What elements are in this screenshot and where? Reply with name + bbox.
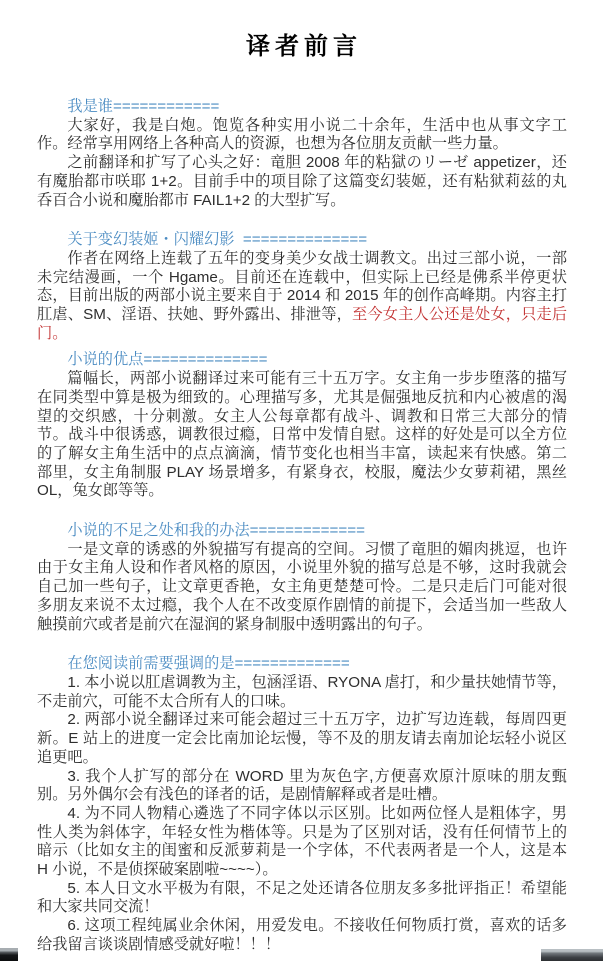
section-heading-about-series: 关于变幻装姬・闪耀幻影 ==============	[37, 231, 567, 250]
numbered-paragraph-1: 1. 本小说以肛虐调教为主，包涵淫语、RYONA 虐打，和少量扶她情节等，不走前…	[37, 674, 567, 711]
section-weaknesses: 小说的不足之处和我的办法============= 一是文章的诱惑的外貌描写有提…	[37, 522, 567, 634]
section-heading-weaknesses: 小说的不足之处和我的办法=============	[37, 522, 567, 541]
section-reader-notes: 在您阅读前需要强调的是============= 1. 本小说以肛虐调教为主，包…	[37, 655, 567, 954]
paragraph: 大家好，我是白炮。饱览各种实用小说二十余年，生活中也从事文字工作。经常享用网络上…	[37, 117, 567, 154]
numbered-paragraph-6: 6. 这项工程纯属业余休闲，用爱发电。不接收任何物质打赏，喜欢的话多给我留言谈谈…	[37, 917, 567, 954]
paragraph: 作者在网络上连载了五年的变身美少女战士调教文。出过三部小说，一部未完结漫画，一个…	[37, 250, 567, 344]
numbered-paragraph-5: 5. 本人日文水平极为有限，不足之处还请各位朋友多多批评指正！希望能和大家共同交…	[37, 880, 567, 917]
bottom-left-image-fragment	[0, 948, 18, 961]
numbered-paragraph-2: 2. 两部小说全翻译过来可能会超过三十五万字，边扩写边连载，每周四更新。E 站上…	[37, 711, 567, 767]
section-heading-strengths: 小说的优点==============	[37, 351, 567, 370]
paragraph: 一是文章的诱惑的外貌描写有提高的空间。习惯了竜胆的媚肉挑逗，也许由于女主角人设和…	[37, 541, 567, 635]
section-heading-reader-notes: 在您阅读前需要强调的是=============	[37, 655, 567, 674]
section-strengths: 小说的优点============== 篇幅长，两部小说翻译过来可能有三十五万字…	[37, 351, 567, 501]
paragraph: 之前翻译和扩写了心头之好：竜胆 2008 年的粘獄のリーゼ appetizer，…	[37, 154, 567, 210]
section-who-am-i: 我是谁============ 大家好，我是白炮。饱览各种实用小说二十余年，生活…	[37, 98, 567, 210]
section-heading-who-am-i: 我是谁============	[37, 98, 567, 117]
document-content: 我是谁============ 大家好，我是白炮。饱览各种实用小说二十余年，生活…	[37, 62, 567, 955]
section-about-series: 关于变幻装姬・闪耀幻影 ============== 作者在网络上连载了五年的变…	[37, 231, 567, 343]
bottom-right-image-fragment	[541, 949, 603, 961]
page-title: 译者前言	[0, 30, 603, 62]
numbered-paragraph-4: 4. 为不同人物精心遴选了不同字体以示区别。比如两位怪人是粗体字，男性人类为斜体…	[37, 805, 567, 880]
paragraph: 篇幅长，两部小说翻译过来可能有三十五万字。女主角一步步堕落的描写在同类型中算是极…	[37, 370, 567, 501]
document-page: 译者前言 我是谁============ 大家好，我是白炮。饱览各种实用小说二十…	[0, 0, 603, 961]
numbered-paragraph-3: 3. 我个人扩写的部分在 WORD 里为灰色字,方便喜欢原汁原味的朋友甄别。另外…	[37, 768, 567, 805]
